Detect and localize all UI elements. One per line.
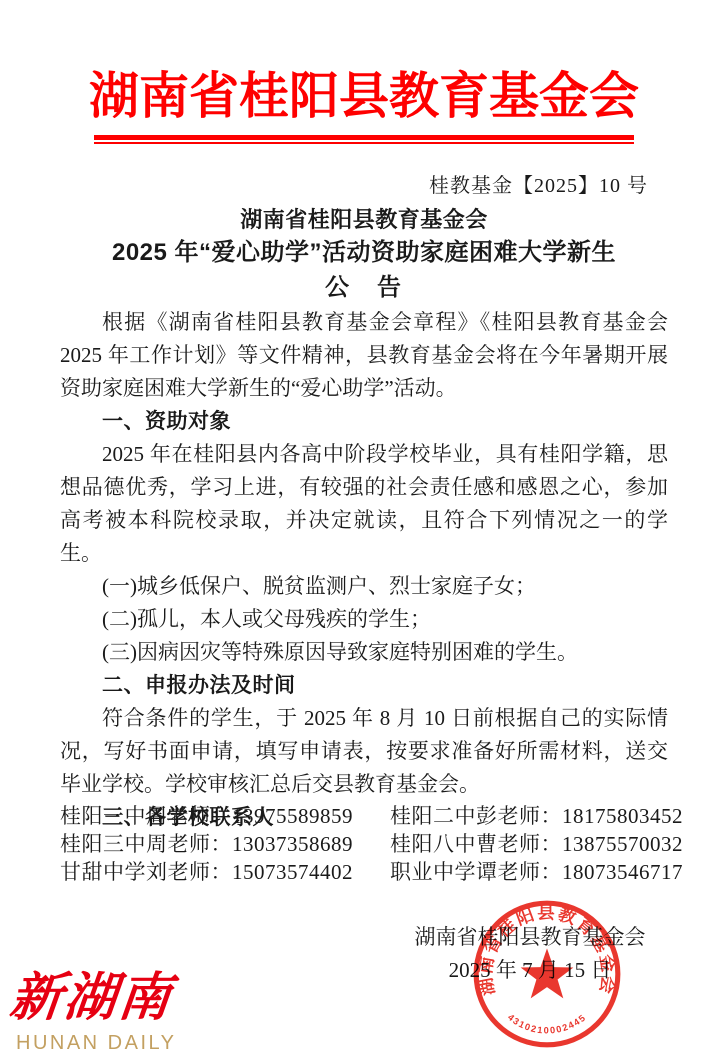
body-paragraph-eligibility: 2025 年在桂阳县内各高中阶段学校毕业，具有桂阳学籍，思想品德优秀，学习上进，…	[60, 438, 668, 570]
contact-row: 桂阳三中周老师：13037358689 桂阳八中曹老师：13875570032	[60, 830, 676, 858]
logo-cn-text: 新湖南	[7, 968, 176, 1030]
hunan-daily-logo: 新湖南 HUNAN DAILY	[10, 968, 210, 1055]
contact-row: 甘甜中学刘老师：15073574402 职业中学谭老师：18073546717	[60, 858, 676, 886]
contact-cell: 桂阳三中周老师：13037358689	[60, 830, 368, 858]
list-item-2: (二)孤儿，本人或父母残疾的学生；	[60, 603, 668, 636]
notice-title-line-2: 2025 年“爱心助学”活动资助家庭困难大学新生	[0, 236, 728, 270]
letterhead-divider	[94, 135, 634, 144]
list-item-3: (三)因病因灾等特殊原因导致家庭特别困难的学生。	[60, 636, 668, 669]
doc-number: 桂教基金【2025】10 号	[429, 169, 648, 198]
seal-star-icon	[521, 948, 574, 998]
official-seal: 湖南省桂阳县教育基金会 4310210002445	[470, 897, 624, 1051]
seal-code: 4310210002445	[506, 1012, 588, 1035]
notice-title-line-3: 公 告	[0, 270, 728, 305]
notice-title: 湖南省桂阳县教育基金会 2025 年“爱心助学”活动资助家庭困难大学新生 公 告	[0, 203, 728, 305]
body-paragraph-application: 符合条件的学生，于 2025 年 8 月 10 日前根据自己的实际情况，写好书面…	[60, 702, 668, 801]
body-paragraph-intro: 根据《湖南省桂阳县教育基金会章程》《桂阳县教育基金会 2025 年工作计划》等文…	[60, 306, 668, 405]
letterhead: 湖南省桂阳县教育基金会	[0, 60, 728, 144]
contact-cell: 职业中学谭老师：18073546717	[368, 858, 676, 886]
contact-row: 桂阳一中周老师：13975589859 桂阳二中彭老师：18175803452	[60, 802, 676, 830]
logo-en-text: HUNAN DAILY	[16, 1032, 210, 1055]
contact-cell: 甘甜中学刘老师：15073574402	[60, 858, 368, 886]
contact-cell: 桂阳二中彭老师：18175803452	[368, 802, 676, 830]
list-item-1: (一)城乡低保户、脱贫监测户、烈士家庭子女；	[60, 570, 668, 603]
svg-text:4310210002445: 4310210002445	[506, 1012, 588, 1035]
contact-cell: 桂阳一中周老师：13975589859	[60, 802, 368, 830]
notice-body: 根据《湖南省桂阳县教育基金会章程》《桂阳县教育基金会 2025 年工作计划》等文…	[60, 306, 668, 834]
contact-list: 桂阳一中周老师：13975589859 桂阳二中彭老师：18175803452 …	[60, 802, 676, 886]
document-page: 湖南省桂阳县教育基金会 桂教基金【2025】10 号 湖南省桂阳县教育基金会 2…	[0, 0, 728, 1062]
notice-title-line-1: 湖南省桂阳县教育基金会	[0, 203, 728, 236]
letterhead-title: 湖南省桂阳县教育基金会	[89, 60, 639, 133]
section-heading-2: 二、申报办法及时间	[60, 669, 668, 702]
contact-cell: 桂阳八中曹老师：13875570032	[368, 830, 676, 858]
section-heading-1: 一、资助对象	[60, 405, 668, 438]
